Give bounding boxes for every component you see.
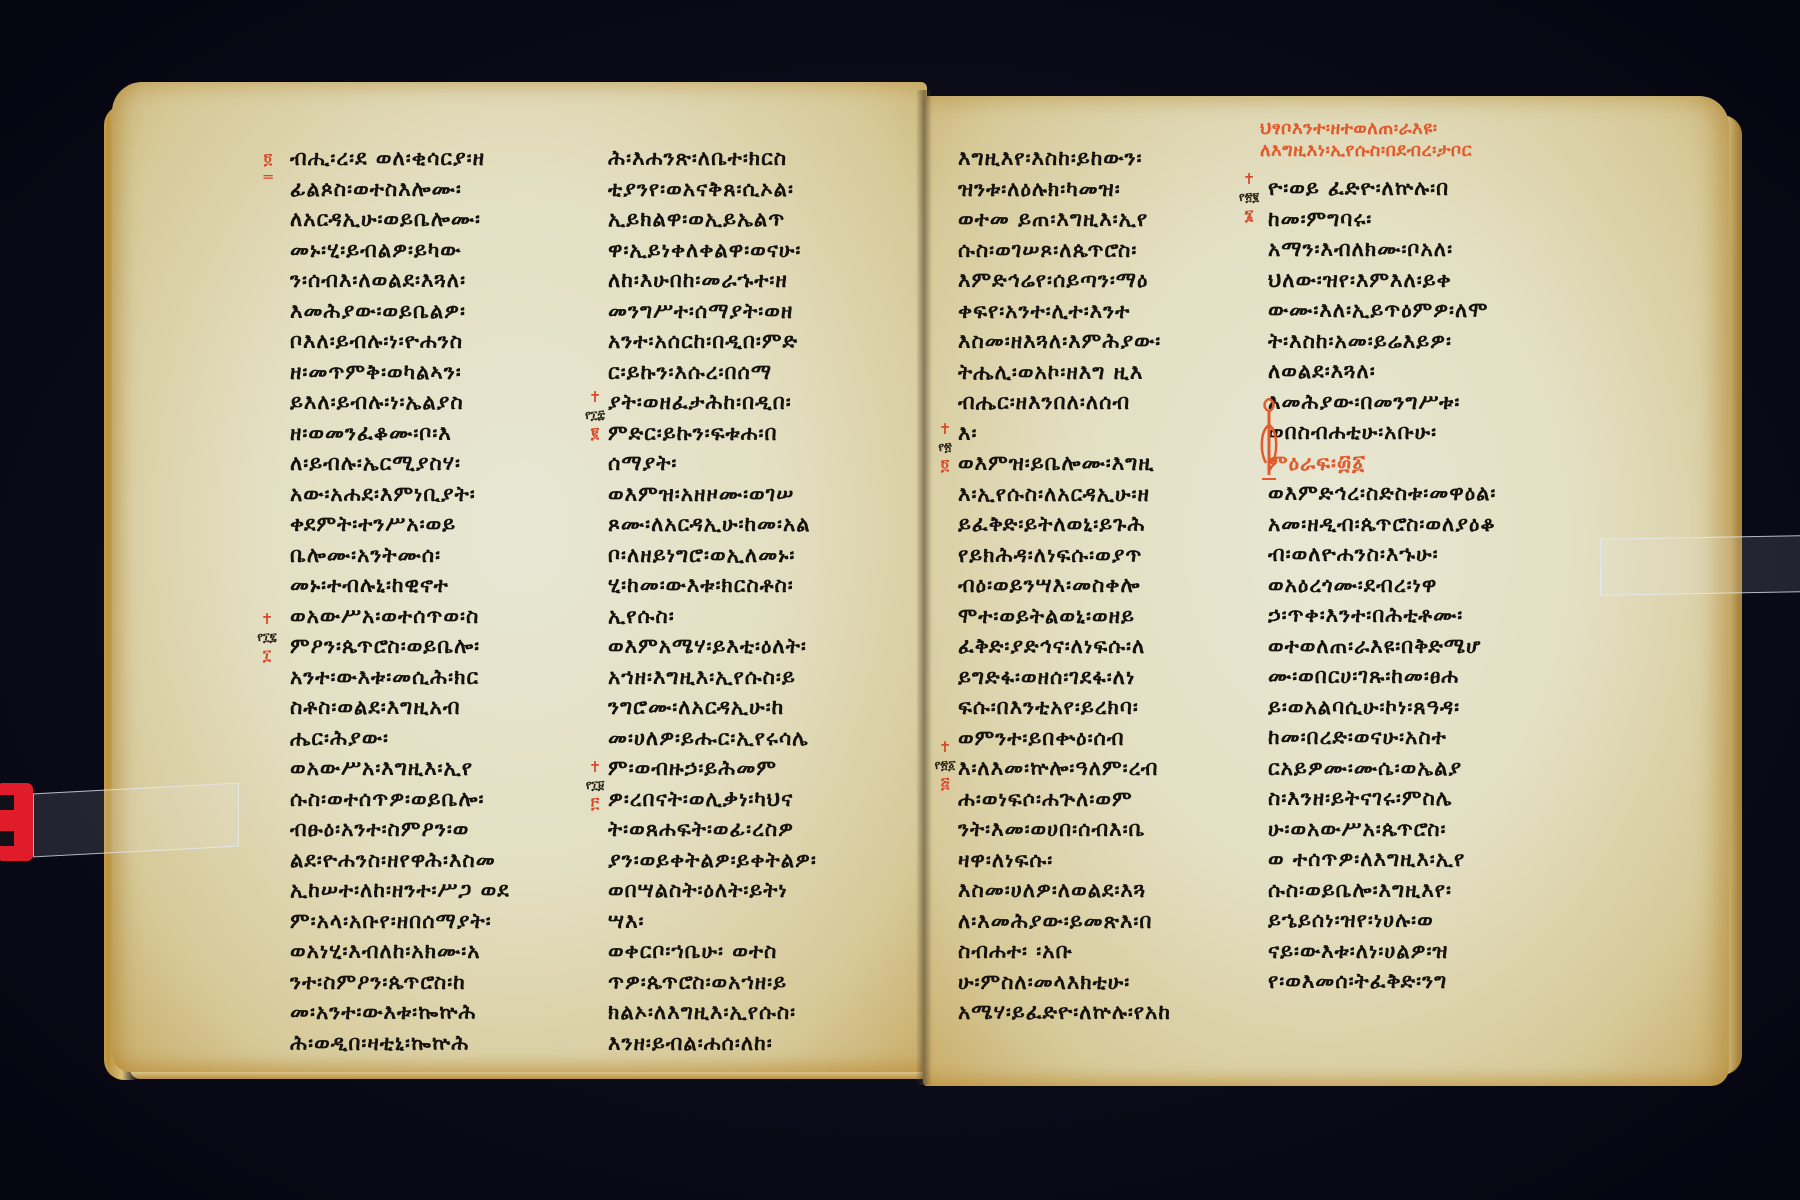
manuscript-line: ኃ፡ጥቀ፡እንተ፡በሕቲቶሙ፡ — [1268, 600, 1563, 631]
manuscript-line: ሣእ፡ — [608, 906, 906, 937]
marginal-section-marker: ✝ የ፲፱ ፫ — [578, 758, 612, 812]
staff-ornament-icon — [1258, 395, 1280, 485]
manuscript-line: ወአዕረጎሙ፡ደብረ፡ነዋ — [1268, 570, 1563, 601]
manuscript-line: እስመ፡ዘእጓለ፡እምሕያው፡ — [958, 326, 1250, 357]
manuscript-line: እስመ፡ሀለዎ፡ለወልደ፡እጓ — [958, 875, 1250, 906]
manuscript-line: ሁ፡ምስለ፡መላእክቲሁ፡ — [958, 967, 1250, 998]
manuscript-line: ይፈቅድ፡ይትለወኒ፡ይጉሕ — [958, 509, 1250, 540]
manuscript-line: ሱስ፡ወተሰጥዎ፡ወይቤሎ፡ — [290, 784, 590, 815]
manuscript-line: ዘ፡መጥምቅ፡ወካልኣን፡ — [290, 357, 590, 388]
manuscript-line: ለአርዳኢሁ፡ወይቤሎሙ፡ — [290, 204, 590, 235]
rubric-heading: ህፃቦእንተ፡ዘተወለጠ፡ራእዩ፡ ለእግዚእነ፡ኢየሱስ፡በደብረ፡ታቦር — [1260, 118, 1560, 162]
manuscript-line: ስ፡እንዘ፡ይትናገሩ፡ምስሌ — [1268, 783, 1563, 814]
rubric-dash-icon: ═ — [258, 168, 278, 186]
manuscript-line: አመ፡ዘዲብ፡ጴጥሮስ፡ወለያዕቆ — [1268, 509, 1563, 540]
book-gutter — [916, 90, 932, 1085]
manuscript-line: ሰማያት፡ — [608, 448, 906, 479]
marginal-section-marker: ✝ የ፲፰ ፪ — [578, 388, 612, 442]
manuscript-line: ቲያንየ፡ወአናቅጸ፡ሲኦል፡ — [608, 174, 906, 205]
manuscript-line: ወተመ ይጠ፡እግዚእ፡ኢየ — [958, 204, 1250, 235]
manuscript-line: እምድኅሬየ፡ሰይጣን፡ማዕ — [958, 265, 1250, 296]
manuscript-line: እግዚእየ፡እስከ፡ይከውን፡ — [958, 143, 1250, 174]
manuscript-line: ም፡አላ፡አቡየ፡ዘበሰማያት፡ — [290, 906, 590, 937]
red-cross-icon: ✝ — [250, 610, 284, 628]
manuscript-line: አንተ፡ውእቱ፡መሲሕ፡ክር — [290, 662, 590, 693]
left-page-column-1: ብሒ፡ረ፡ደ ወለ፡ቂሳርያ፡ዘፊልጶስ፡ወተስእሎሙ፡ለአርዳኢሁ፡ወይቤሎሙ… — [290, 143, 590, 1058]
marginal-section-marker: ✝ የ፳፩ ፭ — [928, 738, 962, 792]
manuscript-line: ሂ፡ከመ፡ውእቱ፡ክርስቶስ፡ — [608, 570, 906, 601]
manuscript-line: መ፡ሀለዎ፡ይሑር፡ኢየሩሳሌ — [608, 723, 906, 754]
marginal-section-marker: ✝ የ፳፪ ፮ — [1232, 170, 1266, 224]
manuscript-line: አው፡አሐደ፡እምነቢያት፡ — [290, 479, 590, 510]
manuscript-line: ወበሣልስት፡ዕለት፡ይትነ — [608, 875, 906, 906]
manuscript-line: ሐ፡ወነፍሶ፡ሐጕለ፡ወም — [958, 784, 1250, 815]
manuscript-line: ይግድፋ፡ወዘሰ፡ገደፋ፡ለነ — [958, 662, 1250, 693]
manuscript-line: ወአነሂ፡እብለከ፡አክሙ፡አ — [290, 936, 590, 967]
rubric-heading-line-1: ህፃቦእንተ፡ዘተወለጠ፡ራእዩ፡ — [1260, 118, 1560, 140]
right-page-column-2: ዮ፡ወይ ፈድዮ፡ለኵሉ፡በከመ፡ምግባሩ፡አማን፡እብለክሙ፡ቦአለ፡ህለው፡… — [1268, 173, 1563, 997]
manuscript-line: ወእምዝ፡ይቤሎሙ፡እግዚ — [958, 448, 1250, 479]
manuscript-line: ለከ፡እሁበከ፡መራኁተ፡ዘ — [608, 265, 906, 296]
manuscript-line: ብሔር፡ዘእንበለ፡ለሰብ — [958, 387, 1250, 418]
marginal-section-marker: ✝ የ፲፯ ፲ — [250, 610, 284, 664]
marginal-numeral: ፬ ═ — [258, 150, 278, 186]
manuscript-line: የይክሕዳ፡ለነፍሱ፡ወያጥ — [958, 540, 1250, 571]
manuscript-line: ለ፡እመሕያው፡ይመጽእ፡በ — [958, 906, 1250, 937]
left-page-column-2: ሕ፡እሐንጽ፡ለቤተ፡ክርስቲያንየ፡ወአናቅጸ፡ሲኦል፡ኢይክልዋ፡ወኢይኤል… — [608, 143, 906, 1058]
manuscript-line: ብሒ፡ረ፡ደ ወለ፡ቂሳርያ፡ዘ — [290, 143, 590, 174]
manuscript-line: ውሙ፡እለ፡ኢይጥዕምዎ፡ለሞ — [1268, 295, 1563, 326]
manuscript-line: ወእምዝ፡አዘዞሙ፡ወገሠ — [608, 479, 906, 510]
manuscript-line: ስቶስ፡ወልደ፡እግዚአብ — [290, 692, 590, 723]
marginal-section-marker: ✝ የ፳ ፬ — [928, 420, 962, 474]
manuscript-line: ኢከሠተ፡ለከ፡ዘንተ፡ሥጋ ወደ — [290, 875, 590, 906]
red-cross-icon: ✝ — [928, 420, 962, 438]
manuscript-line: ት፡እስከ፡አመ፡ይሬእይዎ፡ — [1268, 326, 1563, 357]
manuscript-line: ምዕራፍ፡፴፩ — [1268, 448, 1563, 479]
manuscript-line: ወአውሥአ፡እግዚእ፡ኢየ — [290, 753, 590, 784]
manuscript-line: ቤሎሙ፡አንትሙሰ፡ — [290, 540, 590, 571]
manuscript-line: ምድር፡ይኩን፡ፍቱሐ፡በ — [608, 418, 906, 449]
manuscript-line: ፍሱ፡በእንቲአየ፡ይረክባ፡ — [958, 692, 1250, 723]
manuscript-line: ያት፡ወዘፈታሕከ፡በዲበ፡ — [608, 387, 906, 418]
red-cross-icon: ✝ — [928, 738, 962, 756]
manuscript-line: ርአይዎሙ፡ሙሴ፡ወኤልያ — [1268, 753, 1563, 784]
manuscript-line: የ፡ወእመሰ፡ትፈቅድ፡ንግ — [1268, 966, 1563, 997]
manuscript-line: ቀደምት፡ተንሥአ፡ወይ — [290, 509, 590, 540]
manuscript-line: ወ ተሰጥዎ፡ለእግዚእ፡ኢየ — [1268, 844, 1563, 875]
manuscript-line: አኀዘ፡እግዚእ፡ኢየሱስ፡ይ — [608, 662, 906, 693]
manuscript-line: ት፡ወጸሐፍት፡ወፊ፡ረስዎ — [608, 814, 906, 845]
manuscript-line: ሱስ፡ወይቤሎ፡እግዚእየ፡ — [1268, 875, 1563, 906]
manuscript-line: ዎ፡ረበናት፡ወሊቃነ፡ካህና — [608, 784, 906, 815]
manuscript-line: ወምንተ፡ይበቍዕ፡ሰብ — [958, 723, 1250, 754]
manuscript-line: ጾሙ፡ለአርዳኢሁ፡ከመ፡አል — [608, 509, 906, 540]
manuscript-line: ጥዎ፡ጴጥሮስ፡ወአኀዘ፡ይ — [608, 967, 906, 998]
manuscript-line: ም፡ወብዙኃ፡ይሕመም — [608, 753, 906, 784]
manuscript-line: ሔር፡ሕያው፡ — [290, 723, 590, 754]
red-cross-icon: ✝ — [578, 388, 612, 406]
manuscript-line: ሕ፡እሐንጽ፡ለቤተ፡ክርስ — [608, 143, 906, 174]
manuscript-line: ይእለ፡ይብሉ፡ነ፡ኤልያስ — [290, 387, 590, 418]
manuscript-line: ይ፡ወአልባሲሁ፡ኮነ፡ጸዓዳ፡ — [1268, 692, 1563, 723]
red-cross-icon: ✝ — [1232, 170, 1266, 188]
manuscript-line: ዝንቱ፡ለዕሉክ፡ካመዝ፡ — [958, 174, 1250, 205]
manuscript-line: ወእምአሜሃ፡ይእቲ፡ዕለት፡ — [608, 631, 906, 662]
manuscript-photo: ብሒ፡ረ፡ደ ወለ፡ቂሳርያ፡ዘፊልጶስ፡ወተስእሎሙ፡ለአርዳኢሁ፡ወይቤሎሙ… — [0, 0, 1800, 1200]
manuscript-line: ፊልጶስ፡ወተስእሎሙ፡ — [290, 174, 590, 205]
manuscript-line: ለወልደ፡እጓለ፡ — [1268, 356, 1563, 387]
manuscript-line: ቦ፡ለዘይነግሮ፡ወኢለመኑ፡ — [608, 540, 906, 571]
manuscript-line: ኢይክልዋ፡ወኢይኤልጥ — [608, 204, 906, 235]
manuscript-line: ብዕ፡ወይንሣእ፡መስቀሎ — [958, 570, 1250, 601]
manuscript-line: እንዘ፡ይብል፡ሐሰ፡ለከ፡ — [608, 1028, 906, 1059]
manuscript-line: ከመ፡ምግባሩ፡ — [1268, 204, 1563, 235]
manuscript-line: ክልኦ፡ለእግዚእ፡ኢየሱስ፡ — [608, 997, 906, 1028]
manuscript-line: ስብሐተ፡ ፡አቡ — [958, 936, 1250, 967]
manuscript-line: ብ፡ወለዮሐንስ፡እኁሁ፡ — [1268, 539, 1563, 570]
red-clip — [0, 783, 33, 861]
manuscript-line: ንግሮሙ፡ለአርዳኢሁ፡ከ — [608, 692, 906, 723]
manuscript-line: አሜሃ፡ይፈድዮ፡ለኵሉ፡የአከ — [958, 997, 1250, 1028]
bookmark-strip-right — [1600, 535, 1800, 596]
manuscript-line: ሙ፡ወበርሀ፡ገጹ፡ከመ፡ፀሐ — [1268, 661, 1563, 692]
manuscript-line: ለ፡ይብሉ፡ኤርሚያስሃ፡ — [290, 448, 590, 479]
manuscript-line: ዘ፡ወመንፈቆሙ፡ቦ፡እ — [290, 418, 590, 449]
manuscript-line: ምዖን፡ጴጥሮስ፡ወይቤሎ፡ — [290, 631, 590, 662]
manuscript-line: ወአውሥአ፡ወተሰጥወ፡ስ — [290, 601, 590, 632]
rubric-heading-line-2: ለእግዚእነ፡ኢየሱስ፡በደብረ፡ታቦር — [1260, 140, 1560, 162]
manuscript-line: ንተ፡ስምዖን፡ጴጥሮስ፡ከ — [290, 967, 590, 998]
manuscript-line: ን፡ሰብእ፡ለወልደ፡እጓለ፡ — [290, 265, 590, 296]
manuscript-line: ልደ፡ዮሐንስ፡ዘየዋሕ፡እስመ — [290, 845, 590, 876]
manuscript-line: ትሔሊ፡ወአኮ፡ዘእግ ዚእ — [958, 357, 1250, 388]
manuscript-line: ይኄይሰነ፡ዝየ፡ነሀሉ፡ወ — [1268, 905, 1563, 936]
manuscript-line: ዛዋ፡ለነፍሱ፡ — [958, 845, 1250, 876]
manuscript-line: ንት፡እመ፡ወሀበ፡ሰብእ፡ቤ — [958, 814, 1250, 845]
manuscript-line: ያን፡ወይቀትልዎ፡ይቀትልዎ፡ — [608, 845, 906, 876]
bookmark-strip-left — [33, 783, 239, 858]
manuscript-line: እ፡ኢየሱስ፡ለአርዳኢሁ፡ዘ — [958, 479, 1250, 510]
right-page-column-1: እግዚእየ፡እስከ፡ይከውን፡ዝንቱ፡ለዕሉክ፡ካመዝ፡ወተመ ይጠ፡እግዚእ፡… — [958, 143, 1250, 1028]
manuscript-line: ሞተ፡ወይትልወኒ፡ወዘይ — [958, 601, 1250, 632]
manuscript-line: ህለው፡ዝየ፡እምእለ፡ይቀ — [1268, 265, 1563, 296]
manuscript-line: አንተ፡አሰርከ፡በዲበ፡ምድ — [608, 326, 906, 357]
manuscript-line: ወተወለጠ፡ራእዩ፡በቅድሜሆ — [1268, 631, 1563, 662]
manuscript-line: እመሕያው፡በመንግሥቱ፡ — [1268, 387, 1563, 418]
manuscript-line: ብፁዕ፡አንተ፡ስምዖን፡ወ — [290, 814, 590, 845]
manuscript-line: ዋ፡ኢይነቀለቀልዋ፡ወናሁ፡ — [608, 235, 906, 266]
manuscript-line: እ፡ለእመ፡ኵሎ፡ዓለም፡ረብ — [958, 753, 1250, 784]
manuscript-line: ከመ፡በረድ፡ወናሁ፡አስተ — [1268, 722, 1563, 753]
manuscript-line: መኑ፡ሂ፡ይብልዎ፡ይካው — [290, 235, 590, 266]
red-cross-icon: ✝ — [578, 758, 612, 776]
manuscript-line: ር፡ይኩን፡እሱረ፡በሰማ — [608, 357, 906, 388]
manuscript-line: ቦእለ፡ይብሉ፡ነ፡ዮሐንስ — [290, 326, 590, 357]
manuscript-line: ሕ፡ወዲበ፡ዛቲኒ፡ኰኵሕ — [290, 1028, 590, 1059]
manuscript-line: መ፡አንተ፡ውእቱ፡ኰኵሕ — [290, 997, 590, 1028]
manuscript-line: እ፡ — [958, 418, 1250, 449]
manuscript-line: ሁ፡ወአውሥአ፡ጴጥሮስ፡ — [1268, 814, 1563, 845]
manuscript-line: ወእምድኅረ፡ስድስቱ፡መዋዕል፡ — [1268, 478, 1563, 509]
manuscript-line: ወቀርቦ፡ኀቤሁ፡ ወተስ — [608, 936, 906, 967]
manuscript-line: ቀፍየ፡አንተ፡ሊተ፡እንተ — [958, 296, 1250, 327]
manuscript-line: አማን፡እብለክሙ፡ቦአለ፡ — [1268, 234, 1563, 265]
manuscript-line: ናይ፡ውእቱ፡ለነ፡ሀልዎ፡ዝ — [1268, 936, 1563, 967]
manuscript-line: ሱስ፡ወገሠጾ፡ለጴጥሮስ፡ — [958, 235, 1250, 266]
manuscript-line: ወበስብሐቲሁ፡አቡሁ፡ — [1268, 417, 1563, 448]
manuscript-line: ኢየሱስ፡ — [608, 601, 906, 632]
manuscript-line: ፈቅድ፡ያድኅና፡ለነፍሱ፡ለ — [958, 631, 1250, 662]
manuscript-line: ዮ፡ወይ ፈድዮ፡ለኵሉ፡በ — [1268, 173, 1563, 204]
manuscript-line: እመሕያው፡ወይቤልዎ፡ — [290, 296, 590, 327]
manuscript-line: መኑ፡ተብሉኒ፡ከዊኖተ — [290, 570, 590, 601]
manuscript-line: መንግሥተ፡ሰማያት፡ወዘ — [608, 296, 906, 327]
